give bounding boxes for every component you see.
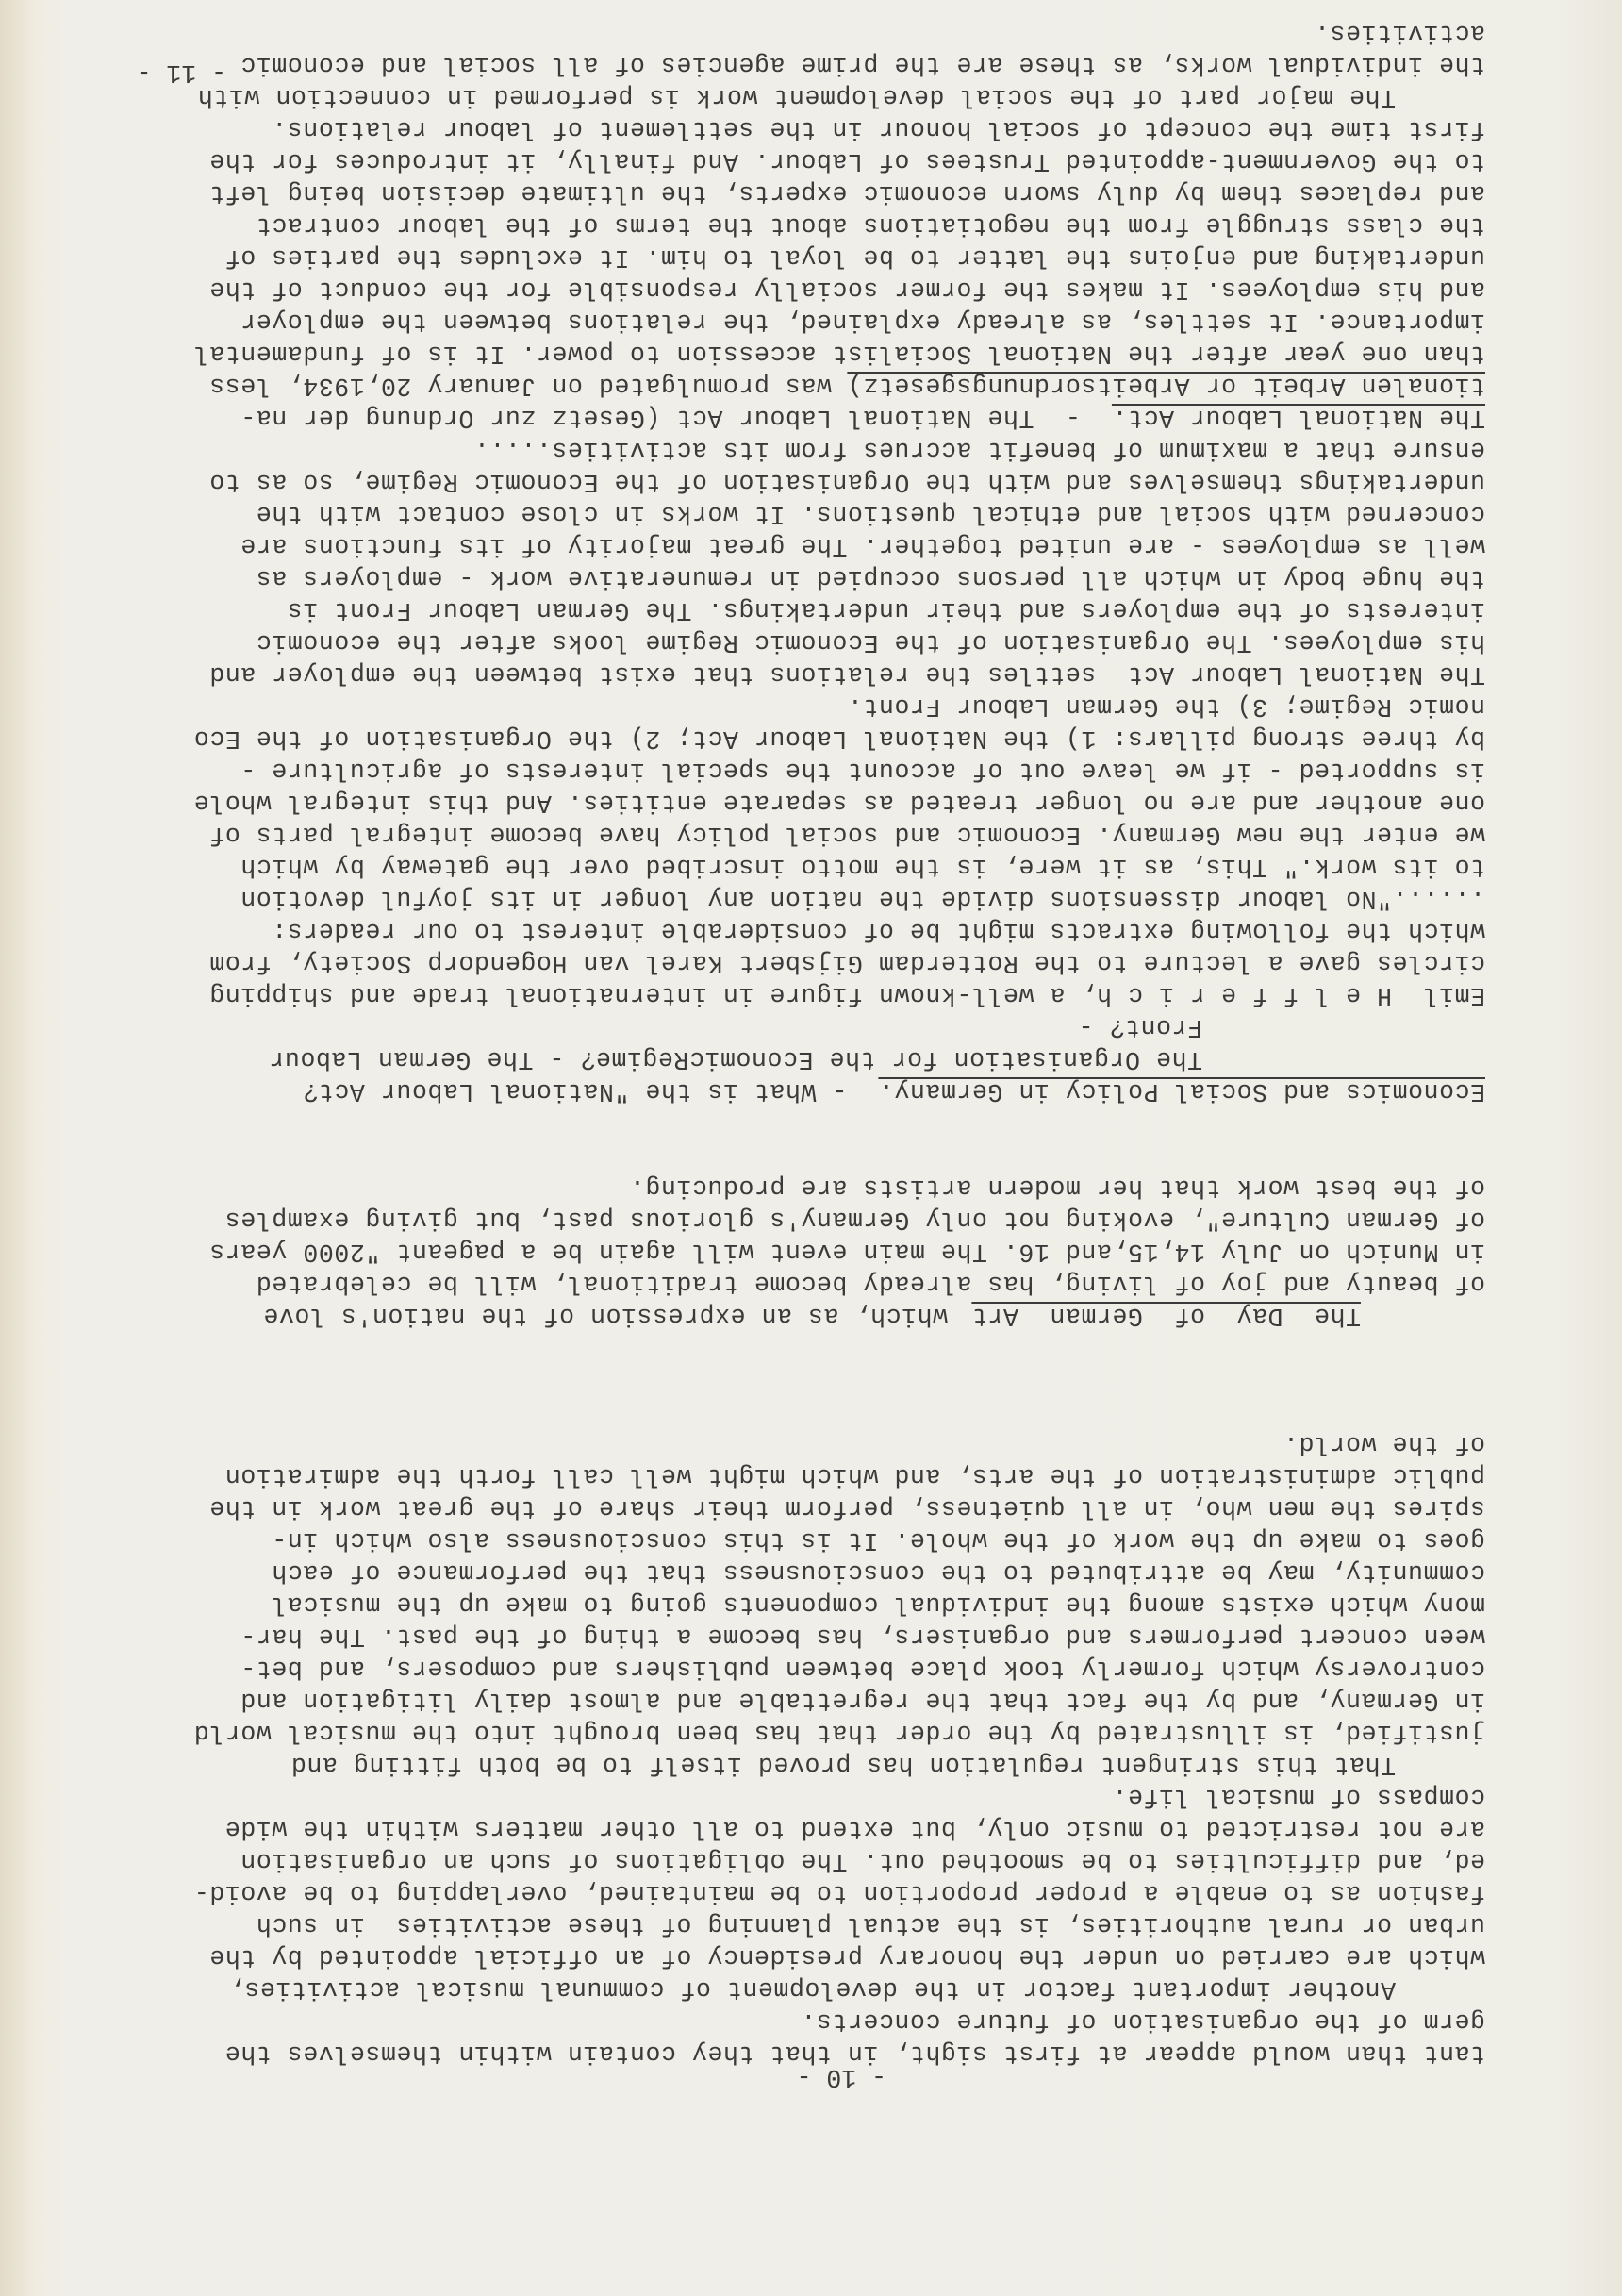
text-line: controversy which formerly took place be… [90, 1653, 1485, 1685]
text-span-underlined: tionalen Arbeit or Arbeitsordnungsgesetz… [847, 372, 1485, 400]
text-line: the huge body in which all persons occup… [90, 562, 1485, 594]
text-line: The Day of German Art [90, 1332, 1485, 1364]
text-line: spires the men who, in all quietness, pe… [90, 1492, 1485, 1524]
text-line: by three strong pillars: 1) the National… [90, 723, 1485, 755]
text-line: Another important factor in the developm… [90, 1973, 1485, 2005]
text-line: well as employees - are united together.… [90, 530, 1485, 562]
text-line: That this stringent regulation has prove… [90, 1749, 1485, 1781]
text-line: ......"No labour dissensions divide the … [90, 883, 1485, 915]
scanned-page: - 10 - tant than would appear at first s… [0, 0, 1622, 2296]
text-line: concerned with social and ethical questi… [90, 498, 1485, 530]
text-line: ensure that a maximum of benefit accrues… [90, 434, 1485, 466]
text-line: tionalen Arbeit or Arbeitsordnungsgesetz… [90, 370, 1485, 402]
text-line: and his employees. It makes the former s… [90, 274, 1485, 306]
text-line: ween concert performers and organisers, … [90, 1621, 1485, 1653]
text-line: the individual works, as these are the p… [90, 49, 1485, 81]
text-line: germ of the organisation of future conce… [90, 2005, 1485, 2038]
paper-edge-shadow [0, 0, 38, 2296]
economics-section: Economics and Social Policy in Germany. … [90, 17, 1485, 1107]
page-number-11: - 11 - [137, 57, 226, 89]
text-line: Economics and Social Policy in Germany. … [90, 1075, 1485, 1107]
text-line: tant than would appear at first sight, i… [90, 2038, 1485, 2070]
text-line: in Germany, and by the fact that the reg… [90, 1685, 1485, 1717]
text-line: The National Labour Act. - The National … [90, 402, 1485, 434]
text-line: is supported - if we leave out of accoun… [90, 755, 1485, 787]
text-line: goes to make up the work of the whole. I… [90, 1524, 1485, 1556]
german-art-section: The Day of German Art which, as an expre… [90, 1172, 1485, 1364]
text-line: ed, and difficulties to be smoothed out.… [90, 1845, 1485, 1877]
text-line: which are carried on under the honorary … [90, 1941, 1485, 1973]
text-line: first time the concept of social honour … [90, 113, 1485, 145]
text-line: are not restricted to music only, but ex… [90, 1813, 1485, 1845]
text-line: importance. It settles, as already expla… [90, 306, 1485, 338]
text-line: public administration of the arts, and w… [90, 1460, 1485, 1492]
text-line: to its work." This, as it were, is the m… [90, 851, 1485, 883]
text-line: community, may be attributed to the cons… [90, 1556, 1485, 1589]
text-line: The major part of the social development… [90, 81, 1485, 113]
text-line: of the world. [90, 1428, 1485, 1460]
text-line: in Munich on July 14,15,and 16. The main… [90, 1236, 1485, 1268]
text-line: urban or rural authorities, is the actua… [90, 1909, 1485, 1941]
text-line: Emil H e l f f e r i c h, a well-known f… [90, 979, 1485, 1011]
section-heading-economics: Economics and Social Policy in Germany. [878, 1077, 1485, 1106]
text-line: of the best work that her modern artists… [90, 1172, 1485, 1204]
text-line: undertaking and enjoins the latter to be… [90, 241, 1485, 274]
text-line: we enter the new Germany. Economic and s… [90, 819, 1485, 851]
text-line: his employees. The Organisation of the E… [90, 626, 1485, 658]
text-line: undertakings themselves and with the Org… [90, 466, 1485, 498]
text-line: one another and are no longer treated as… [90, 787, 1485, 819]
music-section: tant than would appear at first sight, i… [90, 1428, 1485, 2070]
text-line: to the Government-appointed Trustees of … [90, 145, 1485, 177]
text-line: The Organisation for the EconomicRegime?… [90, 1043, 1485, 1075]
text-line: and replaces them by duly sworn economic… [90, 177, 1485, 209]
text-line: circles gave a lecture to the Rotterdam … [90, 947, 1485, 979]
text-line: Front? - [90, 1011, 1485, 1043]
heading-subtitle: - What is the "National Labour Act? [303, 1077, 879, 1106]
text-span: - The National Labour Act (Gesetz zur Or… [240, 404, 1112, 432]
text-line: the class struggle from the negotiations… [90, 209, 1485, 241]
subheading-national-labour-act: The National Labour Act. [1112, 404, 1485, 432]
section-heading-german-art: The Day of German Art [971, 1302, 1361, 1330]
text-line: fashion as to enable a proper proportion… [90, 1877, 1485, 1909]
text-line: mony which exists among the individual c… [90, 1589, 1485, 1621]
text-line: which the following extracts might be of… [90, 915, 1485, 947]
text-line: of German Culture", evoking not only Ger… [90, 1204, 1485, 1236]
page-body: tant than would appear at first sight, i… [90, 17, 1485, 2258]
text-line: than one year after the National Sociali… [90, 338, 1485, 370]
text-line: justified, is illustrated by the order t… [90, 1717, 1485, 1749]
text-line: nomic Regime; 3) the German Labour Front… [90, 690, 1485, 723]
text-line: activities. [90, 17, 1485, 49]
text-line: interests of the employers and their und… [90, 594, 1485, 626]
text-span: was promulgated on January 20,1934, less [209, 372, 848, 400]
text-line: compass of musical life. [90, 1781, 1485, 1813]
text-line: of beauty and joy of living, has already… [90, 1268, 1485, 1300]
text-line: The National Labour Act settles the rela… [90, 658, 1485, 690]
